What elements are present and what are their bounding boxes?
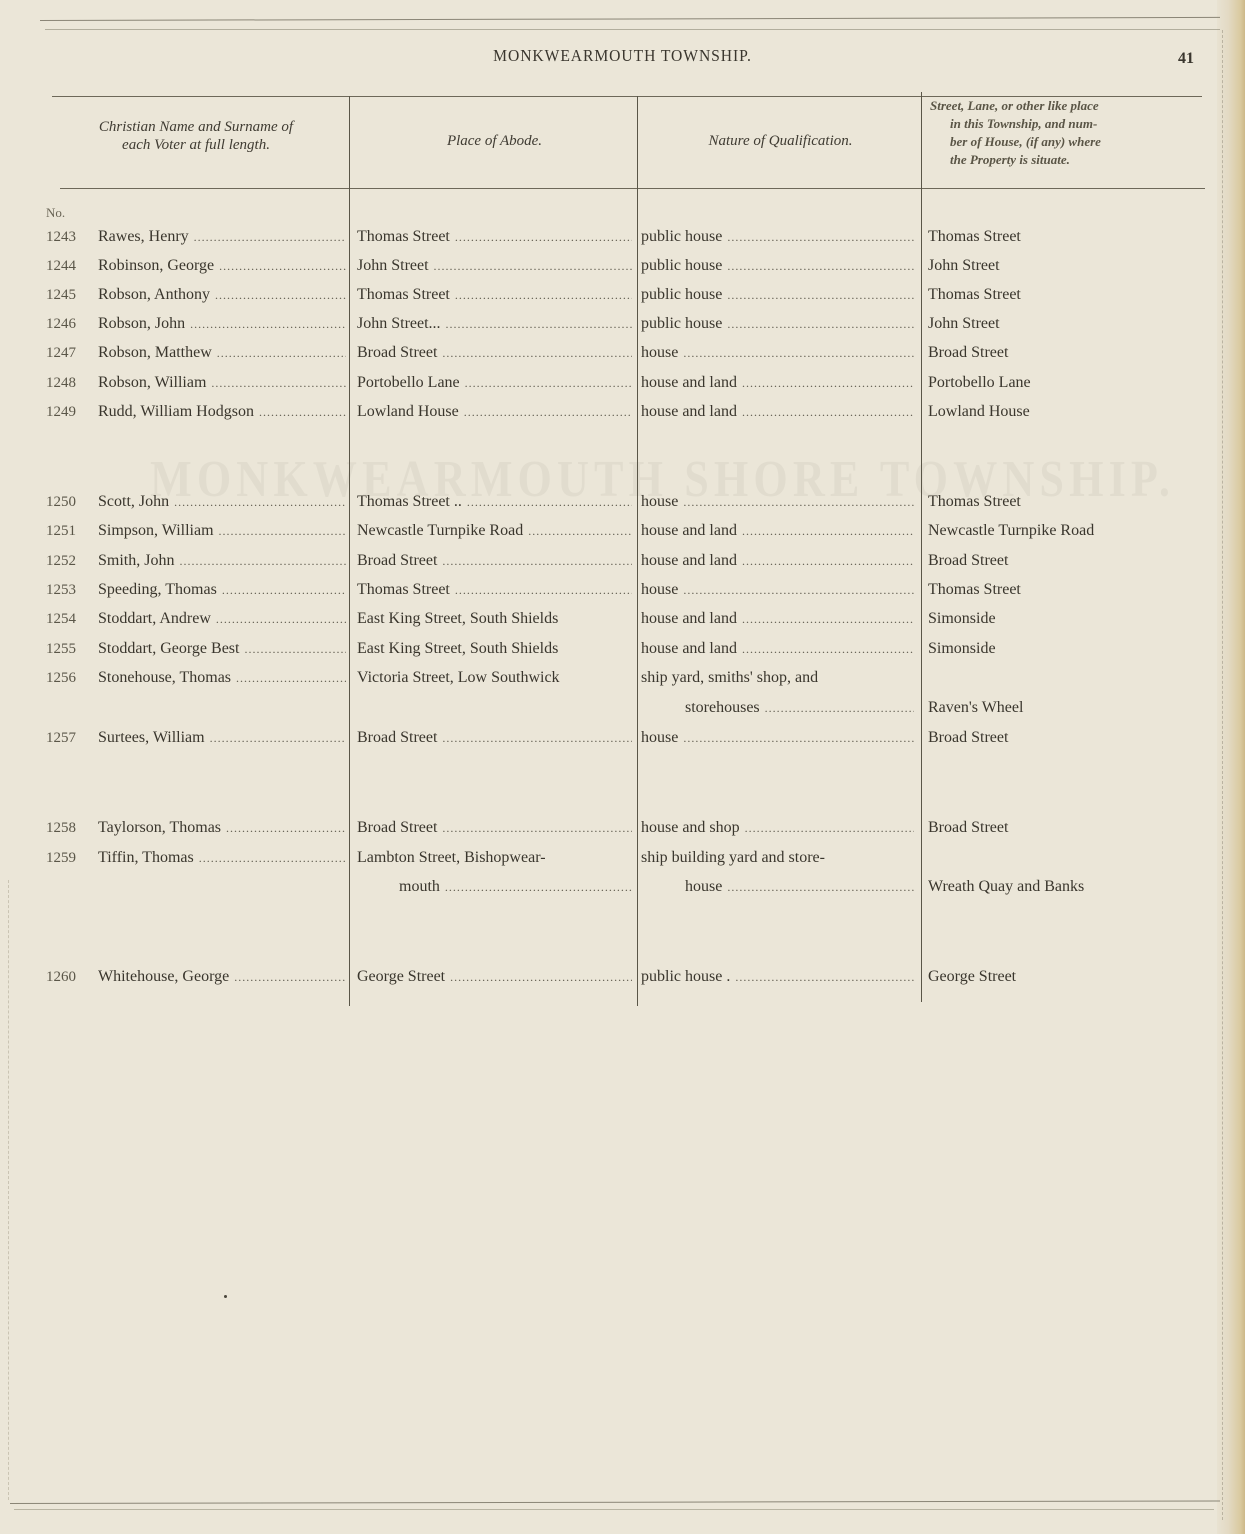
property-location: Lowland House [928,400,1208,424]
voter-name: Rudd, William Hodgson [98,400,346,424]
voter-name: Stoddart, George Best [98,637,346,661]
qualification: ship yard, smiths' shop, and [641,666,914,690]
qualification: public house [641,225,914,249]
place-of-abode: Victoria Street, Low Southwick [357,666,632,690]
property-location: Thomas Street [928,225,1208,249]
voter-number: 1257 [46,726,94,750]
table-row: 1250 Scott, John Thomas Street .. house … [0,490,1245,514]
place-of-abode: Thomas Street [357,578,632,602]
place-of-abode: Thomas Street .. [357,490,632,514]
table-row: 1256 Stonehouse, Thomas Victoria Street,… [0,666,1245,690]
table-row: 1247 Robson, Matthew Broad Street house … [0,341,1245,365]
place-of-abode: Lowland House [357,400,632,424]
voter-name: Simpson, William [98,519,346,543]
table-row: 1255 Stoddart, George Best East King Str… [0,637,1245,661]
property-location: John Street [928,254,1208,278]
qualification: ship building yard and store- [641,846,914,870]
qualification: house and land [641,607,914,631]
voter-number: 1244 [46,254,94,278]
property-location: Broad Street [928,549,1208,573]
place-of-abode: Broad Street [357,341,632,365]
ink-speck [224,1295,227,1298]
voter-name: Tiffin, Thomas [98,846,346,870]
voter-number: 1250 [46,490,94,514]
place-of-abode: Thomas Street [357,225,632,249]
voter-number: 1252 [46,549,94,573]
place-of-abode: Broad Street [357,726,632,750]
top-rule-secondary [45,29,1220,30]
voter-number: 1248 [46,371,94,395]
property-location: Raven's Wheel [928,696,1208,720]
voter-number: 1255 [46,637,94,661]
table-row: 1252 Smith, John Broad Street house and … [0,549,1245,573]
qualification: house and land [641,371,914,395]
voter-number: 1254 [46,607,94,631]
voter-number: 1253 [46,578,94,602]
qualification-continuation: house [641,875,914,899]
place-of-abode: Portobello Lane [357,371,632,395]
property-location: Broad Street [928,341,1208,365]
place-of-abode: John Street [357,254,632,278]
property-location: Broad Street [928,816,1208,840]
table-row: 1257 Surtees, William Broad Street house… [0,726,1245,750]
header-property-line2: in this Township, and num- [930,115,1210,133]
place-of-abode: East King Street, South Shields [357,637,632,661]
table-row: 1258 Taylorson, Thomas Broad Street hous… [0,816,1245,840]
header-voter-name-line1: Christian Name and Surname of [46,118,346,136]
voter-number: 1245 [46,283,94,307]
number-column-label: No. [46,205,65,221]
place-of-abode: Thomas Street [357,283,632,307]
voter-name: Stoddart, Andrew [98,607,346,631]
table-row-continuation: storehouses Raven's Wheel [0,696,1245,720]
qualification: house [641,341,914,365]
qualification: house and land [641,519,914,543]
qualification: public house [641,254,914,278]
bottom-rule-secondary [14,1509,1214,1510]
voter-number: 1260 [46,965,94,989]
place-of-abode-continuation: mouth [357,875,632,899]
property-location: George Street [928,965,1208,989]
property-location: Thomas Street [928,490,1208,514]
table-row: 1259 Tiffin, Thomas Lambton Street, Bish… [0,846,1245,870]
voter-number: 1259 [46,846,94,870]
voter-number: 1247 [46,341,94,365]
property-location: Thomas Street [928,578,1208,602]
header-rule-bottom [60,188,1205,189]
place-of-abode: Broad Street [357,816,632,840]
top-rule [40,17,1220,21]
ledger-page: MONKWEARMOUTH TOWNSHIP. 41 MONKWEARMOUTH… [0,0,1245,1534]
header-place-of-abode: Place of Abode. [352,132,637,150]
qualification: public house [641,283,914,307]
header-property-line4: the Property is situate. [930,151,1210,169]
place-of-abode: George Street [357,965,632,989]
voter-name: Whitehouse, George [98,965,346,989]
voter-name: Robson, Anthony [98,283,346,307]
qualification: house and land [641,400,914,424]
property-location: Simonside [928,637,1208,661]
table-row: 1246 Robson, John John Street... public … [0,312,1245,336]
voter-number: 1243 [46,225,94,249]
header-property-line1: Street, Lane, or other like place [930,97,1210,115]
table-row: 1249 Rudd, William Hodgson Lowland House… [0,400,1245,424]
voter-number: 1246 [46,312,94,336]
table-row: 1254 Stoddart, Andrew East King Street, … [0,607,1245,631]
table-row: 1253 Speeding, Thomas Thomas Street hous… [0,578,1245,602]
table-row: 1251 Simpson, William Newcastle Turnpike… [0,519,1245,543]
voter-name: Stonehouse, Thomas [98,666,346,690]
qualification: house and land [641,637,914,661]
property-location: Thomas Street [928,283,1208,307]
qualification: public house . [641,965,914,989]
table-row-continuation: mouth house Wreath Quay and Banks [0,875,1245,899]
voter-name: Robson, William [98,371,346,395]
voter-name: Speeding, Thomas [98,578,346,602]
property-location: Broad Street [928,726,1208,750]
place-of-abode: East King Street, South Shields [357,607,632,631]
voter-name: Robson, John [98,312,346,336]
voter-name: Scott, John [98,490,346,514]
voter-name: Rawes, Henry [98,225,346,249]
header-voter-name-line2: each Voter at full length. [46,136,346,154]
place-of-abode: John Street... [357,312,632,336]
table-row: 1244 Robinson, George John Street public… [0,254,1245,278]
qualification-continuation: storehouses [641,696,914,720]
property-location: Simonside [928,607,1208,631]
voter-name: Taylorson, Thomas [98,816,346,840]
table-row: 1243 Rawes, Henry Thomas Street public h… [0,225,1245,249]
table-row: 1260 Whitehouse, George George Street pu… [0,965,1245,989]
header-property-location: Street, Lane, or other like place in thi… [930,97,1210,169]
property-location: John Street [928,312,1208,336]
header-voter-name: Christian Name and Surname of each Voter… [46,118,346,154]
property-location: Portobello Lane [928,371,1208,395]
voter-number: 1256 [46,666,94,690]
place-of-abode: Broad Street [357,549,632,573]
page-number: 41 [1178,50,1194,68]
property-location: Wreath Quay and Banks [928,875,1208,899]
table-row: 1248 Robson, William Portobello Lane hou… [0,371,1245,395]
qualification: public house [641,312,914,336]
table-row: 1245 Robson, Anthony Thomas Street publi… [0,283,1245,307]
place-of-abode: Lambton Street, Bishopwear- [357,846,632,870]
voter-name: Surtees, William [98,726,346,750]
header-nature-of-qualification: Nature of Qualification. [640,132,921,150]
qualification: house [641,726,914,750]
property-location: Newcastle Turnpike Road [928,519,1208,543]
qualification: house [641,578,914,602]
voter-name: Robinson, George [98,254,346,278]
qualification: house and shop [641,816,914,840]
running-head: MONKWEARMOUTH TOWNSHIP. [50,46,1195,66]
voter-name: Robson, Matthew [98,341,346,365]
voter-name: Smith, John [98,549,346,573]
place-of-abode: Newcastle Turnpike Road [357,519,632,543]
voter-number: 1251 [46,519,94,543]
bottom-rule [10,1500,1220,1504]
header-property-line3: ber of House, (if any) where [930,133,1210,151]
qualification: house and land [641,549,914,573]
qualification: house [641,490,914,514]
voter-number: 1258 [46,816,94,840]
voter-number: 1249 [46,400,94,424]
